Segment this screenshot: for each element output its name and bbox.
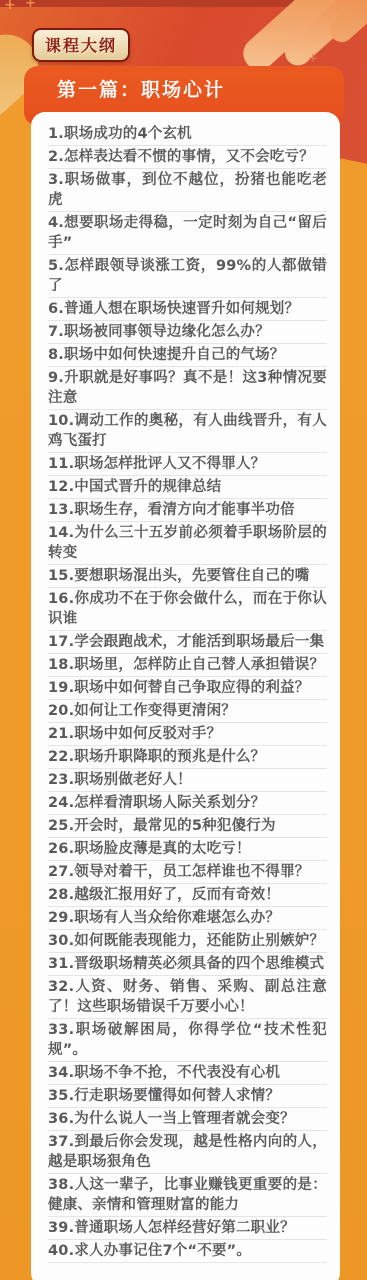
outline-item: 15.要想职场混出头，先要管住自己的嘴 — [48, 565, 327, 588]
outline-item: 39.普通职场人怎样经营好第二职业？ — [48, 1217, 327, 1240]
outline-item: 29.职场有人当众给你难堪怎么办？ — [48, 907, 327, 930]
outline-item: 26.职场脸皮薄是真的太吃亏！ — [48, 838, 327, 861]
outline-item: 18.职场里，怎样防止自己替人承担错误？ — [48, 654, 327, 677]
outline-item: 31.晋级职场精英必须具备的四个思维模式 — [48, 953, 327, 976]
outline-item: 7.职场被同事领导边缘化怎么办？ — [48, 321, 327, 344]
outline-item: 25.开会时，最常见的5种犯傻行为 — [48, 815, 327, 838]
outline-item: 11.职场怎样批评人又不得罪人？ — [48, 453, 327, 476]
outline-item: 2.怎样表达看不惯的事情，又不会吃亏？ — [48, 146, 327, 169]
outline-item: 6.普通人想在职场快速晋升如何规划？ — [48, 298, 327, 321]
outline-item: 37.到最后你会发现，越是性格内向的人，越是职场狠角色 — [48, 1131, 327, 1174]
outline-card: 第一篇：职场心计 1.职场成功的4个玄机2.怎样表达看不惯的事情，又不会吃亏？3… — [24, 66, 344, 1280]
outline-item: 34.职场不争不抢，不代表没有心机 — [48, 1062, 327, 1085]
plus-icon: + — [4, 0, 16, 12]
outline-item: 27.领导对着干，员工怎样谁也不得罪？ — [48, 861, 327, 884]
outline-item: 4.想要职场走得稳，一定时刻为自己“留后手” — [48, 212, 327, 255]
outline-item: 3.职场做事，到位不越位，扮猪也能吃老虎 — [48, 169, 327, 212]
plus-icon: + — [308, 52, 318, 64]
outline-list: 1.职场成功的4个玄机2.怎样表达看不惯的事情，又不会吃亏？3.职场做事，到位不… — [48, 123, 327, 1263]
outline-item: 5.怎样跟领导谈涨工资，99%的人都做错了 — [48, 255, 327, 298]
outline-item: 36.为什么说人一当上管理者就会变？ — [48, 1108, 327, 1131]
outline-item: 40.求人办事记住7个“不要”。 — [48, 1240, 327, 1263]
outline-item: 24.怎样看清职场人际关系划分？ — [48, 792, 327, 815]
outline-item: 9.升职就是好事吗？真不是！这3种情况要注意 — [48, 367, 327, 410]
outline-item: 14.为什么三十五岁前必须着手职场阶层的转变 — [48, 522, 327, 565]
outline-item: 30.如何既能表现能力，还能防止别嫉妒？ — [48, 930, 327, 953]
outline-item: 17.学会跟跑战术，才能活到职场最后一集 — [48, 631, 327, 654]
outline-item: 38.人这一辈子，比事业赚钱更重要的是：健康、亲情和管理财富的能力 — [48, 1174, 327, 1217]
outline-item: 8.职场中如何快速提升自己的气场？ — [48, 344, 327, 367]
outline-item: 20.如何让工作变得更清闲？ — [48, 700, 327, 723]
section-title: 第一篇：职场心计 — [24, 66, 344, 102]
outline-item: 12.中国式晋升的规律总结 — [48, 476, 327, 499]
outline-item: 35.行走职场要懂得如何替人求情？ — [48, 1085, 327, 1108]
outline-item: 28.越级汇报用好了，反而有奇效！ — [48, 884, 327, 907]
course-outline-badge: 课程大纲 — [32, 28, 130, 62]
outline-item: 16.你成功不在于你会做什么，而在于你认识谁 — [48, 588, 327, 631]
outline-item: 33.职场破解困局，你得学位“技术性犯规”。 — [48, 1019, 327, 1062]
outline-item: 10.调动工作的奥秘，有人曲线晋升，有人鸡飞蛋打 — [48, 410, 327, 453]
outline-item: 32.人资、财务、销售、采购、副总注意了！这些职场错误千万要小心！ — [48, 976, 327, 1019]
outline-item: 22.职场升职降职的预兆是什么？ — [48, 746, 327, 769]
outline-item: 23.职场别做老好人！ — [48, 769, 327, 792]
outline-item: 21.职场中如何反驳对手？ — [48, 723, 327, 746]
outline-item: 13.职场生存，看清方向才能事半功倍 — [48, 499, 327, 522]
outline-item: 19.职场中如何替自己争取应得的利益？ — [48, 677, 327, 700]
plus-icon: + — [25, 0, 36, 10]
outline-panel: 1.职场成功的4个玄机2.怎样表达看不惯的事情，又不会吃亏？3.职场做事，到位不… — [31, 112, 340, 1280]
outline-item: 1.职场成功的4个玄机 — [48, 123, 327, 146]
